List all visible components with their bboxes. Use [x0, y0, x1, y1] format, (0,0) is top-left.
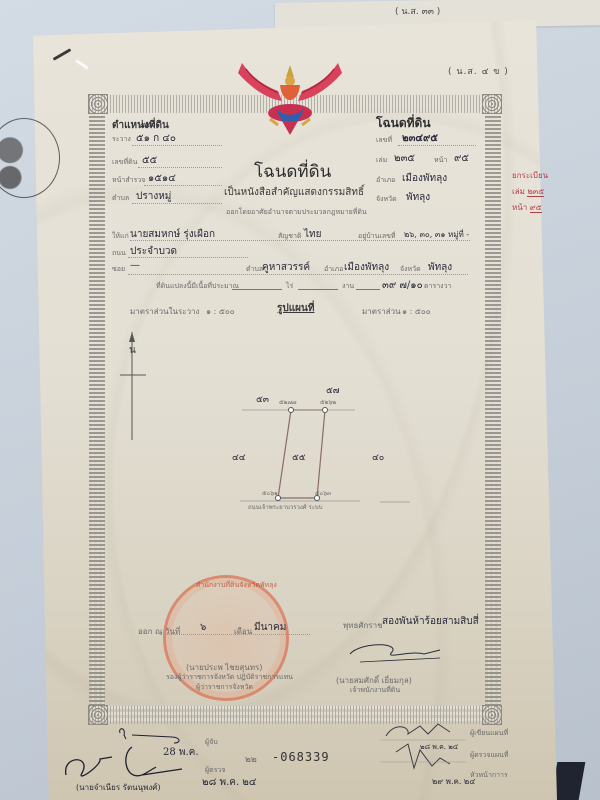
area-wa-label: ตารางวา	[424, 281, 451, 292]
book-label: เล่ม	[376, 155, 387, 166]
owner-province-value: พัทลุง	[428, 260, 452, 275]
neighbor-northwest: ๕๓	[256, 392, 269, 406]
issue-year-label: พุทธศักราช	[343, 619, 383, 632]
corner-ornament	[88, 705, 108, 725]
soi-label: ซอย	[112, 264, 125, 275]
subdistrict-label: ตำบล	[112, 193, 129, 204]
footer-signer-name: (นายจำเนียร รัตนนุพงศ์)	[76, 781, 161, 794]
head-approve-date: ๒๙ พ.ค. ๒๔	[432, 775, 475, 788]
deed-subtitle-2: ออกโดยอาศัยอำนาจตามประมวลกฎหมายที่ดิน	[226, 207, 367, 218]
deed-number-value: ๒๓๔๙๕	[402, 131, 438, 146]
owner-label: ให้แก่	[112, 231, 129, 242]
map-scale-left-label: มาตราส่วนในระวาง	[130, 305, 199, 318]
map-scale-right-value: ๑ : ๕๐๐	[402, 305, 431, 318]
province-label: จังหวัด	[376, 194, 397, 205]
seal-text: สำนักงานที่ดินจังหวัดพัทลุง	[196, 580, 277, 591]
province-value: พัทลุง	[406, 190, 430, 205]
page-label: หน้า	[434, 155, 447, 166]
survey-sheet-note: ๕๒๘	[140, 120, 155, 131]
survey-sheet-label: ระวาง	[112, 134, 131, 145]
form-code: ( น.ส. ๔ ข )	[448, 64, 509, 78]
deed-title: โฉนดที่ดิน	[254, 158, 331, 185]
parcel-number-value: ๕๕	[142, 153, 157, 168]
garuda-emblem-icon	[232, 55, 348, 145]
corner-sw-label: ๕๐๖๑	[262, 488, 278, 498]
owner-subdistrict-value: คูหาสวรรค์	[262, 260, 310, 275]
neighbor-east: ๔๐	[372, 450, 384, 464]
district-label: อำเภอ	[376, 175, 395, 186]
district-value: เมืองพัทลุง	[402, 171, 447, 186]
survey-sheet-value: ๕๑ ก ๔๐	[136, 131, 176, 146]
north-label: น	[129, 343, 136, 358]
deed-number-label: เลขที่	[376, 135, 392, 146]
parcel-label: ๕๕	[292, 450, 306, 464]
official-right-title: เจ้าพนักงานที่ดิน	[350, 685, 400, 696]
check-date-handwritten: ๒๘ พ.ค. ๒๔	[202, 775, 256, 790]
corner-ornament	[482, 705, 502, 725]
road-boundary-label: ถนนเจ้าพระยาบวรวงศ์ ระบบ	[248, 502, 323, 512]
corner-ne-label: ๕๒๖๒	[320, 397, 336, 407]
soi-value: —	[130, 260, 140, 271]
survey-page-value: ๑๕๑๔	[148, 171, 176, 186]
neighbor-northeast: ๕๗	[326, 383, 340, 397]
serial-number: -068339	[272, 750, 330, 764]
owner-district-value: เมืองพัทลุง	[344, 260, 389, 275]
area-label: ที่ดินแปลงนี้มีเนื้อที่ประมาณ	[156, 281, 239, 292]
official-left-title-2: ผู้ว่าราชการจังหวัด	[196, 682, 253, 693]
map-check-date: ๒๘ พ.ค. ๒๔	[420, 742, 458, 753]
map-title: รูปแผนที่	[277, 301, 314, 316]
section-head-label: หัวหน้ากาาร	[470, 770, 508, 781]
road-label: ถนน	[112, 248, 126, 259]
issue-date-label: ออก ณ วันที่	[138, 625, 180, 638]
issue-month: มีนาคม	[254, 620, 286, 635]
subdistrict-value: ปรางหมู่	[136, 189, 171, 204]
map-writer-label: ผู้เขียนแผนที่	[470, 728, 508, 739]
corner-se-label: ๕๐๖๓	[315, 488, 331, 498]
corner-nw-label: ๕๒๗๗	[279, 397, 297, 407]
map-scale-left-value: ๑ : ๕๐๐	[206, 305, 235, 318]
parcel-number-label: เลขที่ดิน	[112, 157, 137, 168]
issue-day: ๖	[200, 620, 206, 635]
corner-ornament	[482, 94, 502, 114]
parcel-map	[100, 330, 520, 530]
area-rai-label: ไร่	[286, 281, 293, 292]
neighbor-west: ๔๔	[232, 450, 246, 464]
page-value: ๙๕	[454, 151, 469, 166]
deed-subtitle: เป็นหนังสือสำคัญแสดงกรรมสิทธิ์	[224, 185, 364, 200]
red-reregistration-stamp: ยกระเบียน เล่ม ๒๓๕ หน้า ๙๕	[512, 168, 548, 216]
back-sheet-label: ( น.ส. ๓๓ )	[395, 4, 440, 18]
corner-ornament	[88, 94, 108, 114]
serial-prefix: ๒๒	[245, 752, 257, 766]
surveyor-label: ผู้จับ	[205, 737, 218, 748]
area-wa-value: ๓๙ ๗/๑๐	[382, 278, 423, 293]
area-ngan-label: งาน	[342, 281, 354, 292]
signature-right	[340, 640, 450, 666]
footer-date-handwritten: 28 พ.ค.	[163, 745, 199, 760]
book-value: ๒๓๕	[394, 151, 415, 166]
map-checker-label: ผู้ตรวจแผนที่	[470, 750, 508, 761]
issue-year: สองพันห้าร้อยสามสิบสี่	[382, 614, 479, 629]
issue-month-label: เดือน	[234, 625, 252, 638]
survey-page-label: หน้าสำรวจ	[112, 175, 145, 186]
map-scale-right-label: มาตราส่วน	[362, 305, 401, 318]
